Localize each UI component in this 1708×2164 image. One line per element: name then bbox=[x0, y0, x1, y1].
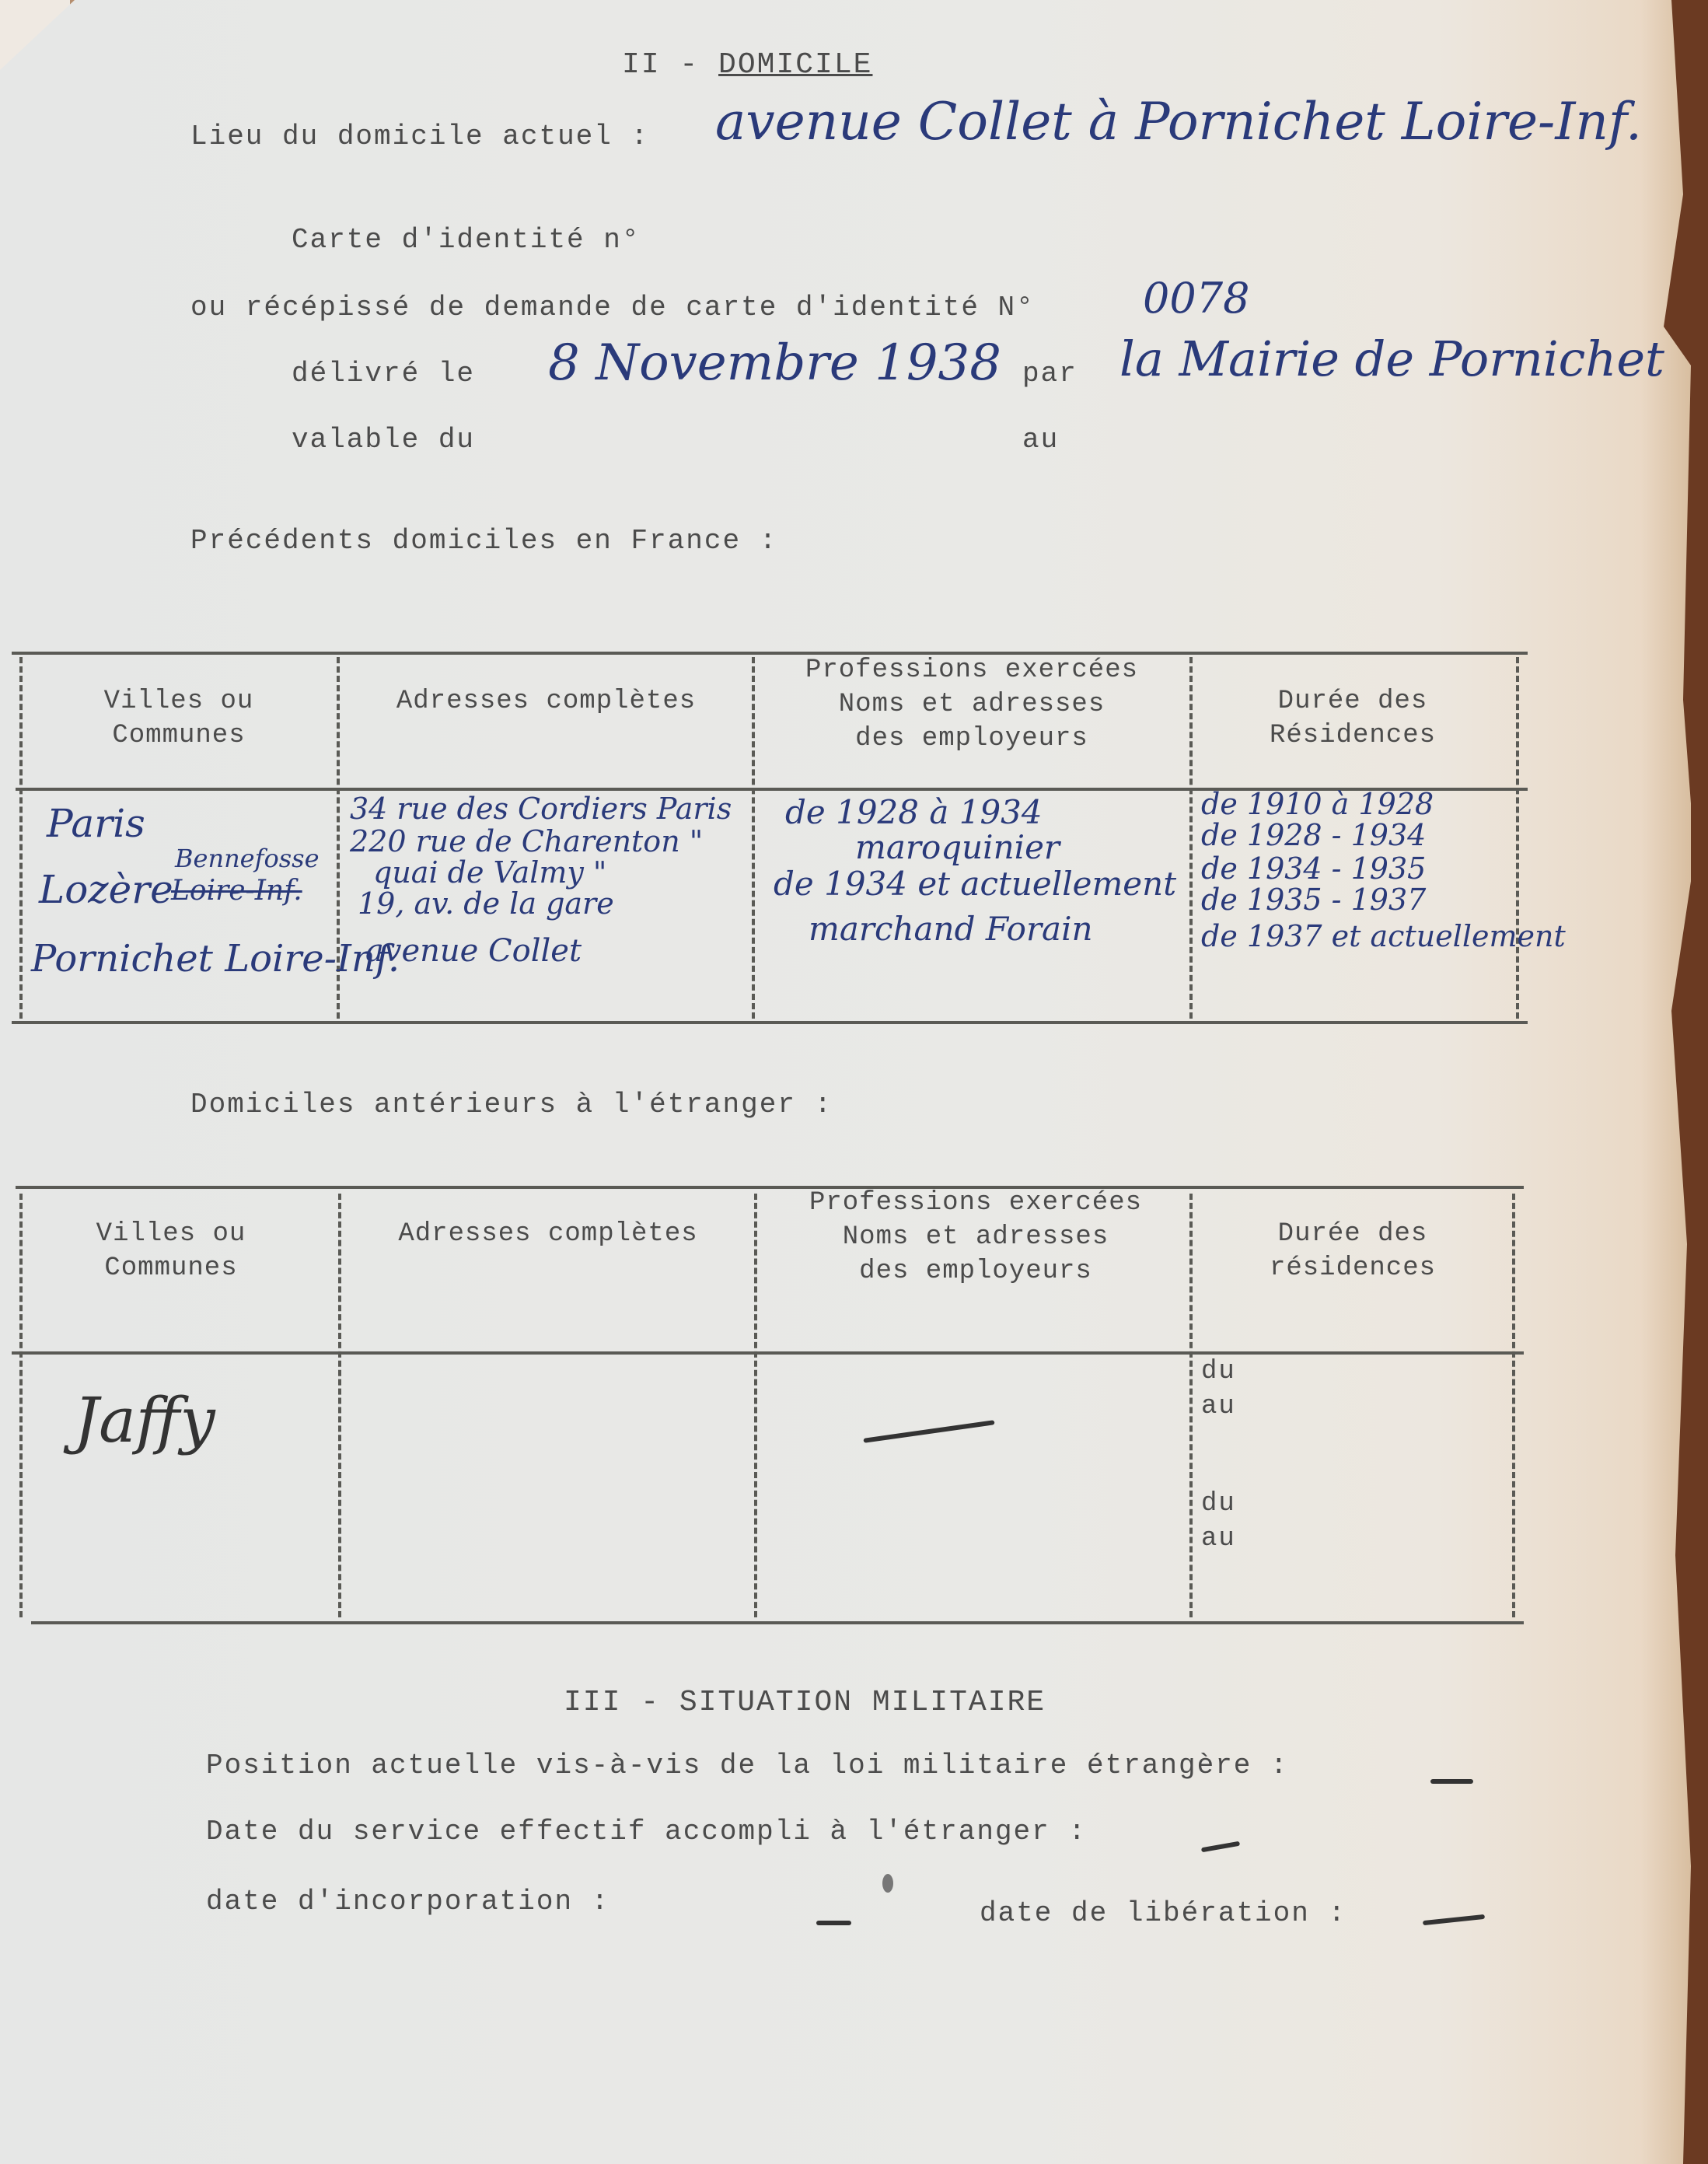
profession-4: marchand Forain bbox=[809, 910, 1093, 948]
profession-2: maroquinier bbox=[855, 828, 1060, 866]
carte-label: Carte d'identité n° bbox=[292, 224, 640, 256]
col-divider bbox=[1516, 657, 1519, 1019]
col-divider bbox=[754, 1194, 757, 1617]
folded-corner bbox=[0, 0, 75, 70]
adresse-4: 19, av. de la gare bbox=[358, 886, 614, 921]
header-professions: Professions exercées Noms et adresses de… bbox=[758, 1186, 1193, 1288]
delivre-label: délivré le bbox=[292, 358, 475, 390]
recepisse-label: ou récépissé de demande de carte d'ident… bbox=[190, 292, 1035, 323]
table-etranger-bottom-rule bbox=[31, 1621, 1524, 1624]
liberation-value-dash bbox=[1423, 1914, 1485, 1925]
section3-number: III - bbox=[564, 1686, 679, 1719]
liberation-label: date de libération : bbox=[980, 1897, 1346, 1929]
col-divider bbox=[1512, 1194, 1515, 1617]
col-divider bbox=[752, 657, 755, 1019]
carte-label-text: Carte d'identité n° bbox=[292, 224, 640, 256]
section2-title: DOMICILE bbox=[718, 48, 872, 82]
ville-3: Pornichet Loire-Inf. bbox=[31, 937, 400, 981]
lieu-label: Lieu du domicile actuel : bbox=[190, 121, 649, 152]
position-label: Position actuelle vis-à-vis de la loi mi… bbox=[206, 1750, 1289, 1781]
delivre-value: 8 Novembre 1938 bbox=[548, 334, 1001, 392]
ville-etranger: Jaffy bbox=[74, 1384, 215, 1456]
duree-1: de 1910 à 1928 bbox=[1201, 787, 1434, 821]
duree-4: de 1935 - 1937 bbox=[1201, 883, 1426, 917]
adresse-2: 220 rue de Charenton " bbox=[350, 824, 703, 858]
incorporation-value-dash bbox=[816, 1921, 851, 1925]
adresse-3: quai de Valmy " bbox=[373, 855, 606, 890]
adresse-5: avenue Collet bbox=[365, 933, 582, 969]
service-label: Date du service effectif accompli à l'ét… bbox=[206, 1816, 1087, 1848]
recepisse-value: 0078 bbox=[1143, 274, 1249, 323]
ink-spot bbox=[882, 1874, 893, 1893]
valable-label: valable du bbox=[292, 424, 475, 456]
header-villes: Villes ou Communes bbox=[47, 1217, 295, 1285]
ville-2-struck: Loire-Inf. bbox=[171, 875, 302, 907]
service-value-dash bbox=[1201, 1841, 1240, 1853]
section2-number: II - bbox=[622, 48, 718, 82]
header-durees: Durée des résidences bbox=[1197, 1217, 1508, 1285]
section3-title: SITUATION MILITAIRE bbox=[679, 1686, 1046, 1719]
section3-heading: III - SITUATION MILITAIRE bbox=[564, 1686, 1046, 1719]
section2-heading: II - DOMICILE bbox=[622, 48, 872, 82]
header-durees: Durée des Résidences bbox=[1197, 684, 1508, 753]
header-adresses: Adresses complètes bbox=[346, 684, 746, 718]
header-adresses: Adresses complètes bbox=[346, 1217, 750, 1251]
duree-du-1: du bbox=[1201, 1357, 1236, 1386]
adresse-1: 34 rue des Cordiers Paris bbox=[350, 792, 732, 826]
lieu-value: avenue Collet à Pornichet Loire-Inf. bbox=[715, 92, 1642, 152]
position-value-dash bbox=[1430, 1779, 1473, 1784]
duree-2: de 1928 - 1934 bbox=[1201, 818, 1426, 852]
par-value: la Mairie de Pornichet bbox=[1119, 330, 1664, 387]
profession-1: de 1928 à 1934 bbox=[785, 793, 1043, 831]
col-divider bbox=[1189, 657, 1193, 1019]
col-divider bbox=[19, 1194, 23, 1617]
profession-etranger-dash bbox=[863, 1420, 994, 1443]
header-professions: Professions exercées Noms et adresses de… bbox=[758, 653, 1186, 756]
profession-3: de 1934 et actuellement bbox=[774, 865, 1176, 903]
table-france-bottom-rule bbox=[12, 1021, 1528, 1024]
duree-du-2: du bbox=[1201, 1489, 1236, 1519]
document-page: II - DOMICILE Lieu du domicile actuel : … bbox=[0, 0, 1691, 2164]
par-label: par bbox=[1022, 358, 1078, 390]
col-divider bbox=[19, 657, 23, 1019]
duree-au-2: au bbox=[1201, 1524, 1236, 1554]
duree-3: de 1934 - 1935 bbox=[1201, 851, 1426, 886]
ville-2-overwrite: Bennefosse bbox=[175, 844, 320, 873]
duree-5: de 1937 et actuellement bbox=[1201, 919, 1566, 953]
col-divider bbox=[338, 1194, 341, 1617]
precedents-label: Précédents domiciles en France : bbox=[190, 525, 777, 557]
ville-2: Lozère bbox=[39, 867, 173, 912]
anterieurs-label: Domiciles antérieurs à l'étranger : bbox=[190, 1089, 833, 1120]
ville-1: Paris bbox=[47, 801, 145, 846]
duree-au-1: au bbox=[1201, 1392, 1236, 1421]
incorporation-label: date d'incorporation : bbox=[206, 1886, 610, 1918]
table-etranger-header-rule bbox=[12, 1351, 1524, 1355]
header-villes: Villes ou Communes bbox=[31, 684, 327, 753]
au-label: au bbox=[1022, 424, 1059, 456]
